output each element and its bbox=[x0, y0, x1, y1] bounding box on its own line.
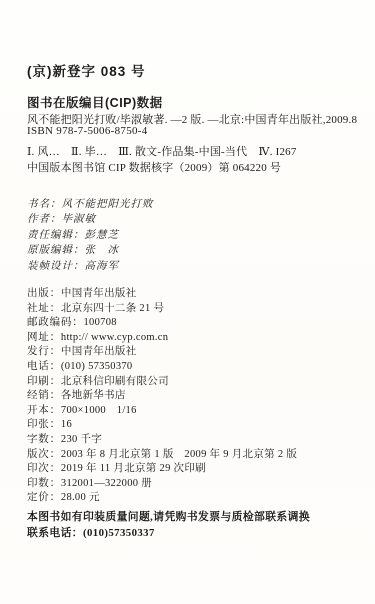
pub-value: 100708 bbox=[84, 317, 117, 328]
credit-row-editor: 责任编辑：彭慧芝 bbox=[27, 227, 361, 242]
credit-label: 原版编辑： bbox=[27, 245, 85, 256]
pub-value: 北京科信印刷有限公司 bbox=[61, 376, 169, 387]
quality-notice-line: 本图书如有印装质量问题,请凭购书发票与质检部联系调换 bbox=[27, 509, 361, 525]
credit-label: 装帧设计： bbox=[27, 261, 85, 272]
pub-value: 16 bbox=[61, 419, 72, 430]
credit-row-designer: 装帧设计：高海军 bbox=[27, 258, 361, 273]
pub-row-edition: 版次：2003 年 8 月北京第 1 版 2009 年 9 月北京第 2 版 bbox=[27, 446, 361, 461]
pub-label: 发行： bbox=[27, 346, 61, 357]
credit-label: 书名： bbox=[27, 199, 62, 210]
pub-label: 印数： bbox=[27, 478, 61, 489]
pub-value: (010) 57350370 bbox=[61, 361, 133, 372]
cip-record-number: 中国版本图书馆 CIP 数据核字（2009）第 064220 号 bbox=[27, 159, 361, 175]
copyright-page: (京)新登字 083 号 图书在版编目(CIP)数据 风不能把阳光打败/毕淑敏著… bbox=[0, 0, 375, 604]
pub-row-printer: 印刷：北京科信印刷有限公司 bbox=[27, 373, 361, 388]
pub-label: 印次： bbox=[27, 463, 61, 474]
pub-row-format: 开本：700×1000 1/16 bbox=[27, 402, 361, 417]
pub-label: 社址： bbox=[27, 303, 61, 314]
pub-row-sheets: 印张：16 bbox=[27, 416, 361, 431]
pub-label: 经销： bbox=[27, 390, 61, 401]
credit-value: 毕淑敏 bbox=[62, 214, 97, 225]
isbn-line: ISBN 978-7-5006-8750-4 bbox=[27, 125, 361, 137]
quality-notice-block: 本图书如有印装质量问题,请凭购书发票与质检部联系调换 联系电话：(010)573… bbox=[27, 509, 361, 541]
credit-value: 风不能把阳光打败 bbox=[62, 199, 154, 210]
pub-row-address: 社址：北京东四十二条 21 号 bbox=[27, 300, 361, 315]
pub-row-publisher: 出版：中国青年出版社 bbox=[27, 285, 361, 300]
pub-label: 网址： bbox=[27, 332, 61, 343]
credit-label: 作者： bbox=[27, 214, 62, 225]
pub-label: 印张： bbox=[27, 419, 61, 430]
pub-row-website: 网址：http:// www.cyp.com.cn bbox=[27, 329, 361, 344]
credit-row-original-editor: 原版编辑：张 冰 bbox=[27, 242, 361, 257]
publication-info-block: 出版：中国青年出版社 社址：北京东四十二条 21 号 邮政编码：100708 网… bbox=[27, 285, 361, 504]
pub-label: 开本： bbox=[27, 405, 61, 416]
pub-label: 出版： bbox=[27, 288, 61, 299]
pub-label: 定价： bbox=[27, 492, 61, 503]
pub-value: 中国青年出版社 bbox=[61, 346, 137, 357]
pub-value: 312001—322000 册 bbox=[61, 478, 152, 489]
credit-value: 高海军 bbox=[85, 261, 120, 272]
pub-value: http:// www.cyp.com.cn bbox=[61, 332, 168, 343]
credit-row-title: 书名：风不能把阳光打败 bbox=[27, 196, 361, 211]
pub-value: 28.00 元 bbox=[61, 492, 100, 503]
pub-row-distributor: 发行：中国青年出版社 bbox=[27, 343, 361, 358]
pub-row-price: 定价：28.00 元 bbox=[27, 489, 361, 504]
pub-value: 中国青年出版社 bbox=[61, 288, 137, 299]
credit-value: 彭慧芝 bbox=[85, 230, 120, 241]
credit-row-author: 作者：毕淑敏 bbox=[27, 211, 361, 226]
pub-label: 邮政编码： bbox=[27, 317, 84, 328]
registration-number: (京)新登字 083 号 bbox=[27, 60, 361, 80]
credit-label: 责任编辑： bbox=[27, 230, 85, 241]
pub-value: 北京东四十二条 21 号 bbox=[61, 303, 164, 314]
pub-value: 2019 年 11 月北京第 29 次印刷 bbox=[61, 463, 206, 474]
pub-row-phone: 电话：(010) 57350370 bbox=[27, 358, 361, 373]
pub-value: 2003 年 8 月北京第 1 版 2009 年 9 月北京第 2 版 bbox=[61, 449, 297, 460]
pub-label: 字数： bbox=[27, 434, 61, 445]
pub-row-printrun: 印数：312001—322000 册 bbox=[27, 475, 361, 490]
pub-value: 230 千字 bbox=[61, 434, 102, 445]
service-phone-line: 联系电话：(010)57350337 bbox=[27, 525, 361, 541]
pub-row-wordcount: 字数：230 千字 bbox=[27, 431, 361, 446]
pub-row-impression: 印次：2019 年 11 月北京第 29 次印刷 bbox=[27, 460, 361, 475]
pub-label: 印刷： bbox=[27, 376, 61, 387]
pub-value: 700×1000 1/16 bbox=[61, 405, 137, 416]
credit-value: 张 冰 bbox=[85, 245, 120, 256]
pub-value: 各地新华书店 bbox=[61, 390, 126, 401]
cip-heading: 图书在版编目(CIP)数据 bbox=[27, 93, 361, 111]
pub-row-seller: 经销：各地新华书店 bbox=[27, 387, 361, 402]
pub-label: 版次： bbox=[27, 449, 61, 460]
cip-classification: Ⅰ. 风… Ⅱ. 毕… Ⅲ. 散文-作品集-中国-当代 Ⅳ. I267 bbox=[27, 143, 361, 159]
book-credits-block: 书名：风不能把阳光打败 作者：毕淑敏 责任编辑：彭慧芝 原版编辑：张 冰 装帧设… bbox=[27, 196, 361, 273]
pub-row-postcode: 邮政编码：100708 bbox=[27, 314, 361, 329]
pub-label: 电话： bbox=[27, 361, 61, 372]
